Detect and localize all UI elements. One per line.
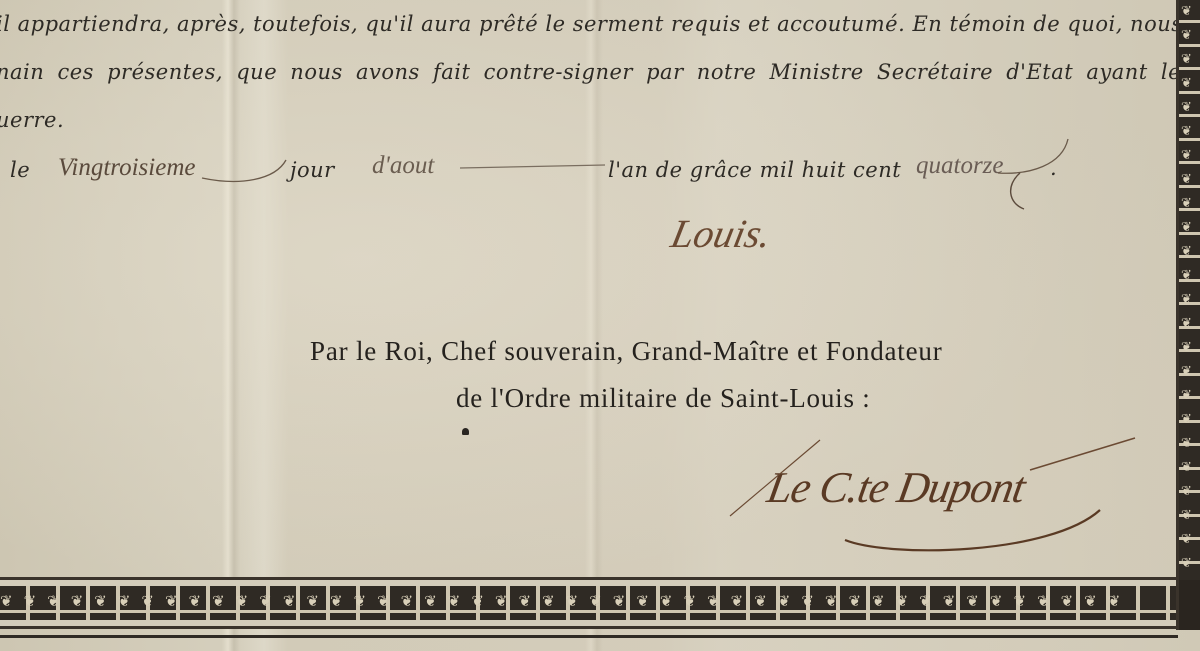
date-end: . xyxy=(1050,156,1057,180)
date-month-handwritten: d'aout xyxy=(372,152,434,180)
greek-key-border-right: ❦❦❦❦❦❦❦❦❦❦❦❦❦❦❦❦❦❦❦❦❦❦❦❦❦❦ xyxy=(1176,0,1200,629)
date-prefix: le xyxy=(10,158,30,182)
paper-fold-line xyxy=(222,0,240,651)
body-line-2: nain ces présentes, que nous avons fait … xyxy=(0,60,1181,84)
border-rule xyxy=(0,635,1178,638)
palmette-ornaments: ❦❦❦❦❦❦❦❦❦❦❦❦❦❦❦❦❦❦❦❦❦❦❦❦❦❦❦❦❦❦❦❦❦❦❦❦❦❦❦❦… xyxy=(0,590,1178,612)
date-fill-line xyxy=(460,160,610,174)
signature-flourish xyxy=(720,430,1160,560)
countersign-line-2: de l'Ordre militaire de Saint-Louis : xyxy=(456,383,871,414)
body-line-1: il appartiendra, après, toutefois, qu'il… xyxy=(0,12,1183,36)
flourish-year xyxy=(990,135,1070,215)
date-day-handwritten: Vingtroisieme xyxy=(58,154,195,182)
paper-fold-line xyxy=(585,0,603,651)
flourish-day xyxy=(200,150,290,190)
ink-blot xyxy=(462,428,469,435)
palmette-ornaments: ❦❦❦❦❦❦❦❦❦❦❦❦❦❦❦❦❦❦❦❦❦❦❦❦❦❦ xyxy=(1181,0,1199,629)
date-jour-label: jour xyxy=(290,158,335,182)
king-signature: Louis. xyxy=(667,210,776,257)
border-corner-ornament xyxy=(1176,580,1200,630)
greek-key-border-bottom: ❦❦❦❦❦❦❦❦❦❦❦❦❦❦❦❦❦❦❦❦❦❦❦❦❦❦❦❦❦❦❦❦❦❦❦❦❦❦❦❦… xyxy=(0,577,1178,629)
body-line-3: uerre. xyxy=(0,108,64,132)
countersign-line-1: Par le Roi, Chef souverain, Grand-Maître… xyxy=(310,336,942,367)
date-year-printed: l'an de grâce mil huit cent xyxy=(608,158,901,182)
